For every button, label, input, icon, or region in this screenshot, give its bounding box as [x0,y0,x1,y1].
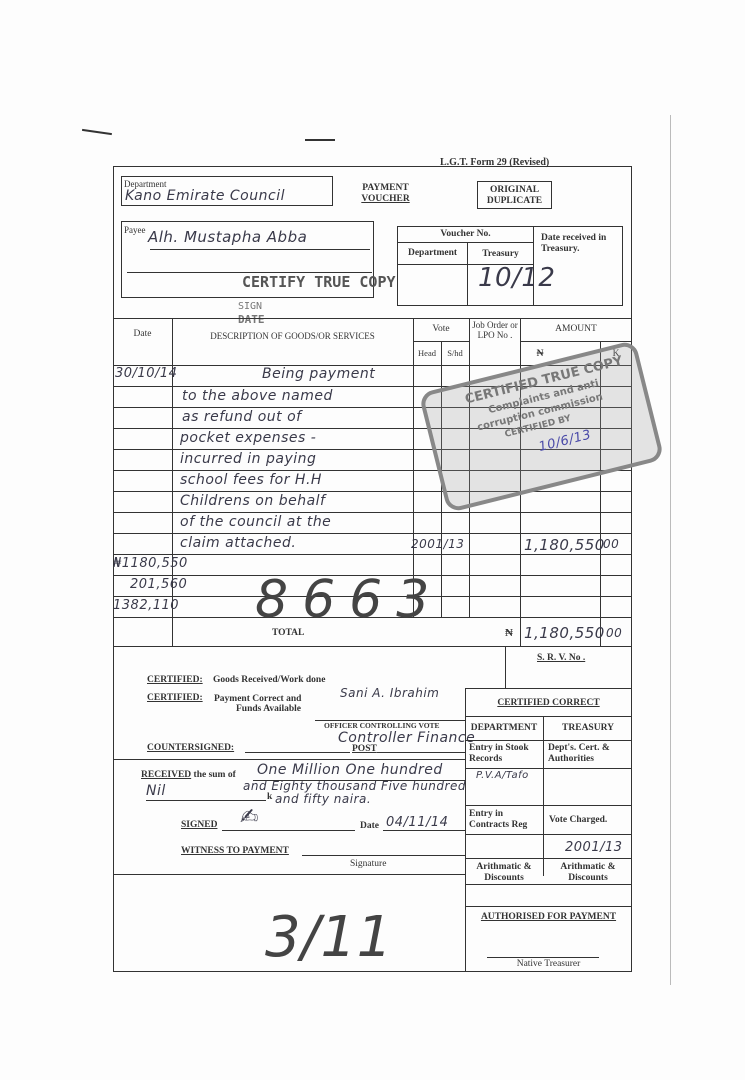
divider [465,834,632,835]
vote-head-value: 2001/13 [411,537,464,551]
received-label: RECEIVED the sum of [141,770,236,781]
certify-date-label: DATE [238,313,265,326]
stray-mark [82,129,112,135]
description-line-9: claim attached. [180,535,296,551]
payee-label: Payee [124,225,146,235]
date-label: Date [360,821,379,832]
witness-label: WITNESS TO PAYMENT [181,846,289,857]
header-date: Date [113,329,172,340]
voucher-treasury-label: Treasury [468,249,533,260]
post-label: POST [352,744,377,755]
amount-header-divider [520,341,632,342]
description-line-1: Being payment [262,366,375,382]
margin-note-2: 201,560 [130,577,187,592]
amount-words-line3: and fifty naira. [275,792,371,806]
cc-arith-right: Arithmatic & Discounts [544,862,632,884]
stamp-signature-date: 10/6/13 [537,427,593,455]
cc-stock-handwritten: P.V.A/Tafo [476,770,529,781]
cc-arith-left: Arithmatic & Discounts [465,862,543,884]
description-line-3: as refund out of [182,409,302,425]
cc-vote-charged-handwritten: 2001/13 [565,840,623,855]
row-line [113,491,632,492]
description-line-5: incurred in paying [180,451,316,467]
certify-true-copy-stamp: CERTIFY TRUE COPY [242,273,396,291]
treasurer-signature-line [487,957,599,958]
signed-label: SIGNED [181,820,217,831]
cc-treasury: TREASURY [544,723,632,734]
cc-entry-stock: Entry in Stook Records [469,743,543,765]
countersigned-label: COUNTERSIGNED: [147,743,234,754]
cc-vote-charged: Vote Charged. [549,815,607,826]
description-line-6: school fees for H.H [180,472,322,488]
footer-handwritten-note: 3/11 [265,905,393,970]
amount-words-line1: One Million One hundred [257,762,443,778]
amount-words-line2: and Eighty thousand Five hundred [243,779,466,793]
header-job-order: Job Order or LPO No . [470,320,520,341]
header-vote: Vote [413,324,469,335]
post-line [377,752,465,753]
divider [465,740,632,741]
naira-suffix: Nil [146,783,166,799]
kobo-value: 00 [603,537,619,551]
copy-duplicate: DUPLICATE [478,196,551,207]
received-sum-of: the sum of [194,770,236,780]
voucher-no-header: Voucher No. [398,229,533,240]
amount-value: 1,180,550 [524,536,605,554]
certified-goods-text: Goods Received/Work done [213,675,325,686]
form-title: PAYMENT VOUCHER [353,183,418,205]
department-value: Kano Emirate Council [125,188,285,204]
total-value: 1,180,550 [524,624,605,642]
srv-label: S. R. V. No . [537,653,585,664]
certify-sign-label: SIGN [238,301,262,312]
voucher-treasury-value: 10/12 [478,263,555,293]
handwritten-scrawl: 8663 [255,570,443,630]
page-edge [670,115,671,985]
divider [465,716,632,717]
entry-date: 30/10/14 [115,366,177,381]
header-description: DESCRIPTION OF GOODS/OR SERVICES [172,331,413,341]
officer-signature-name: Sani A. Ibrahim [340,686,439,700]
authorised-for-payment: AUTHORISED FOR PAYMENT [465,912,632,923]
cc-entry-contracts: Entry in Contracts Reg [469,809,543,831]
cc-dept-cert: Dept's. Cert. & Authorities [548,743,632,765]
description-line-8: of the council at the [180,514,331,530]
description-line-4: pocket expenses - [180,430,316,446]
copy-type-box: ORIGINAL DUPLICATE [477,181,552,209]
naira-line [146,800,266,801]
certified-correct-title: CERTIFIED CORRECT [465,698,632,709]
received-top-line [113,759,465,760]
payee-value: Alh. Mustapha Abba [148,228,307,246]
divider [398,242,533,243]
k-label: k [267,792,272,803]
department-box: Department Kano Emirate Council [121,176,333,206]
form-title-line2: VOUCHER [353,194,418,205]
total-bottom-line [113,646,632,647]
divider [465,768,632,769]
margin-note-1: ₦1180,550 [113,556,188,571]
signed-line [222,830,355,831]
copy-original: ORIGINAL [478,185,551,196]
row-line [113,533,632,534]
countersigned-line [245,752,350,753]
header-head: Head [413,349,441,359]
certified-payment-line2: Funds Available [236,704,301,715]
payment-voucher-page: L.G.T. Form 29 (Revised) Department Kano… [0,0,745,1080]
received-bottom-line [113,874,465,875]
divider [465,805,632,806]
date-received-label: Date received in Treasury. [541,233,621,255]
margin-note-3: 1382,110 [113,598,179,613]
total-naira-symbol: ₦ [505,627,513,640]
certified-goods-label: CERTIFIED: [147,675,203,686]
payee-line-1 [150,249,370,250]
date-line [383,830,465,831]
row-line [113,554,632,555]
cc-top [465,688,632,689]
witness-line [302,855,465,856]
header-subhead: S/hd [441,349,469,359]
native-treasurer-label: Native Treasurer [465,959,632,970]
form-title-line1: PAYMENT [353,183,418,194]
header-amount: AMOUNT [520,324,632,335]
voucher-dept-label: Department [398,248,467,259]
divider [465,858,632,859]
description-line-2: to the above named [182,388,333,404]
voucher-number-box: Voucher No. Department Treasury 10/12 Da… [397,226,623,306]
srv-divider [505,646,506,688]
row-line [113,512,632,513]
certified-payment-label: CERTIFIED: [147,693,203,704]
table-top-border [113,318,632,319]
header-naira: ₦ [520,349,560,360]
total-kobo: 00 [606,626,622,640]
vote-header-divider [413,341,469,342]
divider [465,906,632,907]
payee-signature: ✍ [240,805,259,830]
cc-department: DEPARTMENT [465,723,543,734]
stray-mark [305,139,335,141]
description-line-7: Childrens on behalf [180,493,325,509]
total-label: TOTAL [272,628,304,639]
received-word: RECEIVED [141,770,191,780]
signature-caption: Signature [350,859,386,870]
received-date: 04/11/14 [386,815,448,830]
divider [465,884,632,885]
